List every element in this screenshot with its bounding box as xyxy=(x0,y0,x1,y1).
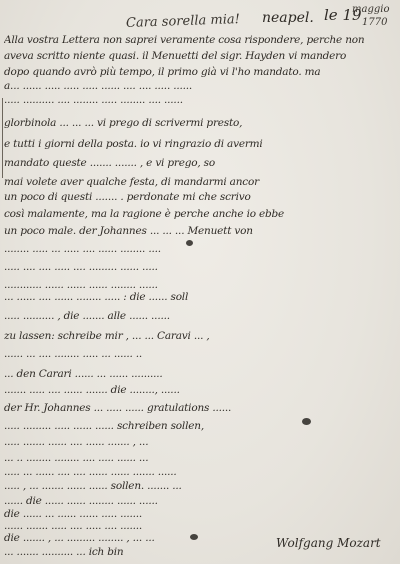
letter-line: ..... ......... ..... ...... ...... schr… xyxy=(4,420,396,432)
letter-line: ... ...... .... ...... ........ ..... : … xyxy=(4,291,396,303)
letter-line: die ...... ... ...... ...... ..... .....… xyxy=(4,508,396,520)
letter-line: mandato queste ....... ....... , e vi pr… xyxy=(4,157,396,169)
letter-line: mai volete aver qualche festa, di mandar… xyxy=(4,176,396,188)
date-month: maggio xyxy=(352,4,389,15)
ink-blot xyxy=(190,534,198,540)
margin-rule xyxy=(2,98,3,178)
letter-line: ..... ... ...... .... .... ...... ......… xyxy=(4,466,396,478)
letter-line: glorbinola ... ... ... vi prego di scriv… xyxy=(4,117,396,129)
letter-line: zu lassen: schreibe mir , ... ... Caravi… xyxy=(4,330,396,342)
letter-page: Cara sorella mia! neapel. le 19 maggio 1… xyxy=(0,0,400,564)
letter-line: ....... ..... .... ...... ....... die ..… xyxy=(4,384,396,396)
letter-line: der Hr. Johannes ... ..... ...... gratul… xyxy=(4,402,396,414)
letter-line: un poco di questi ....... . perdonate mi… xyxy=(4,191,396,203)
letter-line: così malamente, ma la ragione è perche a… xyxy=(4,208,396,220)
letter-line: ... den Carari ...... ... ...... .......… xyxy=(4,368,396,380)
ink-blot xyxy=(302,418,311,425)
letter-line: ...... ... .... ........ ..... ... .....… xyxy=(4,348,396,360)
letter-line: aveva scritto niente quasi. il Menuetti … xyxy=(4,50,396,62)
letter-line: ... .. ........ ........ .... ..... ....… xyxy=(4,452,396,464)
ink-blot xyxy=(186,240,193,246)
letter-line: ..... .... .... ..... .... ......... ...… xyxy=(4,261,396,273)
letter-line: dopo quando avrò più tempo, il primo già… xyxy=(4,66,396,78)
letter-line: ... ....... .......... ... ich bin xyxy=(4,546,264,558)
letter-line: ............ ...... ...... ...... ......… xyxy=(4,279,396,291)
letter-line: ..... , ... ....... ...... ...... sollen… xyxy=(4,480,396,492)
letter-line: ..... .......... .... ........ ..... ...… xyxy=(4,94,396,106)
signature: Wolfgang Mozart xyxy=(276,536,381,550)
date-year: 1770 xyxy=(362,17,387,28)
letter-line: ...... die ...... ...... ........ ......… xyxy=(4,495,396,507)
letter-line: a... ...... ..... ..... ..... ...... ...… xyxy=(4,80,396,92)
letter-line: ..... .......... , die ....... alle ....… xyxy=(4,310,396,322)
letter-line: un poco male. der Johannes ... ... ... M… xyxy=(4,225,396,237)
letter-line: ..... ....... ...... .... ...... .......… xyxy=(4,436,396,448)
letter-line: Alla vostra Lettera non saprei veramente… xyxy=(4,34,396,46)
salutation: Cara sorella mia! xyxy=(126,12,240,31)
letter-line: ........ ..... ... ..... .... ...... ...… xyxy=(4,243,396,255)
letter-line: ...... ....... ..... .... ..... .... ...… xyxy=(4,520,396,532)
place: neapel. xyxy=(262,10,314,26)
letter-line: e tutti i giorni della posta. io vi ring… xyxy=(4,138,396,150)
